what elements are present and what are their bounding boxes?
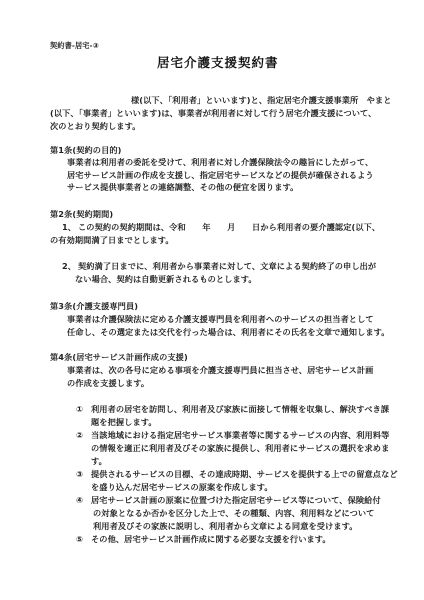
page-label: 契約書-居宅-③ <box>50 41 99 51</box>
article-3-line: 任命し、その選定または交代を行った場合は、利用者にその氏名を文章で通知します。 <box>67 327 390 337</box>
article-1-line: 居宅サービス計画の作成を支援し、指定居宅サービスなどの提供が確保されるよう <box>67 170 374 180</box>
article-2-item-line: ない場合、契約は自動更新されるものとします。 <box>75 274 257 284</box>
preamble-line-2: (以下、「事業者」といいます)は、事業者が利用者に対して行う居宅介護支援について… <box>50 108 376 118</box>
article-4-item-number: ② <box>76 430 83 440</box>
article-4-item-line: を盛り込んだ居宅サービスの原案を作成します。 <box>91 482 273 492</box>
article-2-item-number: 2、 <box>62 261 76 271</box>
article-1-heading: 第1条(契約の目的) <box>50 145 122 155</box>
article-4-line: 事業者は、次の各号に定める事項を介護支援専門員に担当させ、居宅サービス計画 <box>67 365 373 375</box>
article-4-item-line: の情報を適正に利用者及びその家族に提供し、利用者にサービスの選択を求めま <box>91 443 389 453</box>
document-title: 居宅介護支援契約書 <box>157 58 279 68</box>
article-4-item-line: その他、居宅サービス計画作成に関する必要な支援を行います。 <box>91 534 331 544</box>
article-4-item-line: 利用者及びその家族に説明し、利用者から文章による同意を受けます。 <box>93 521 358 531</box>
article-1-line: サービス提供事業者との連絡調整、その他の便宜を図ります。 <box>67 182 298 192</box>
article-4-item-line: の対象となるか否かを区分した上で、その種類、内容、利用料などについて <box>93 508 374 518</box>
preamble-line-1: 様(以下、「利用者」といいます)と、指定居宅介護支援事業所 やまと <box>131 95 392 105</box>
article-4-line: の作成を支援します。 <box>67 378 149 388</box>
article-2-item-number: 1、 <box>62 222 76 232</box>
article-4-item-number: ④ <box>76 495 83 505</box>
preamble-line-3: 次のとおり契約します。 <box>50 121 141 131</box>
article-4-item-line: す。 <box>91 456 107 466</box>
article-4-item-line: 当該地域における指定居宅サービス事業者等に関するサービスの内容、利用料等 <box>91 430 389 440</box>
article-4-item-line: 利用者の居宅を訪問し、利用者及び家族に面接して情報を収集し、解決すべき課 <box>91 404 389 414</box>
article-2-item-line: この契約の契約期間は、令和 年 月 日から利用者の要介護認定(以下、 <box>78 222 380 232</box>
article-4-item-number: ⑤ <box>76 534 83 544</box>
article-2-item-line: 契約満了日までに、利用者から事業者に対して、文章による契約終了の申し出が <box>78 261 376 271</box>
article-4-item-number: ③ <box>76 469 83 479</box>
article-2-item-line: の有効期間満了日までとします。 <box>50 235 174 245</box>
article-3-line: 事業者は介護保険法に定める介護支援専門員を利用者へのサービスの担当者として <box>67 314 374 324</box>
article-2-heading: 第2条(契約期間) <box>50 209 113 219</box>
article-4-item-number: ① <box>76 404 83 414</box>
article-4-item-line: 居宅サービス計画の原案に位置づけた指定居宅サービス等について、保険給付 <box>91 495 381 505</box>
article-4-heading: 第4条(居宅サービス計画作成の支援) <box>50 352 188 362</box>
article-3-heading: 第3条(介護支援専門員) <box>50 301 138 311</box>
contract-page: 契約書-居宅-③ 居宅介護支援契約書 様(以下、「利用者」といいます)と、指定居… <box>0 0 424 600</box>
article-1-line: 事業者は利用者の委託を受けて、利用者に対し介護保険法令の趣旨にしたがって、 <box>67 157 373 167</box>
article-4-item-line: 題を把握します。 <box>91 417 157 427</box>
article-4-item-line: 提供されるサービスの目標、その達成時期、サービスを提供する上での留意点など <box>91 469 398 479</box>
